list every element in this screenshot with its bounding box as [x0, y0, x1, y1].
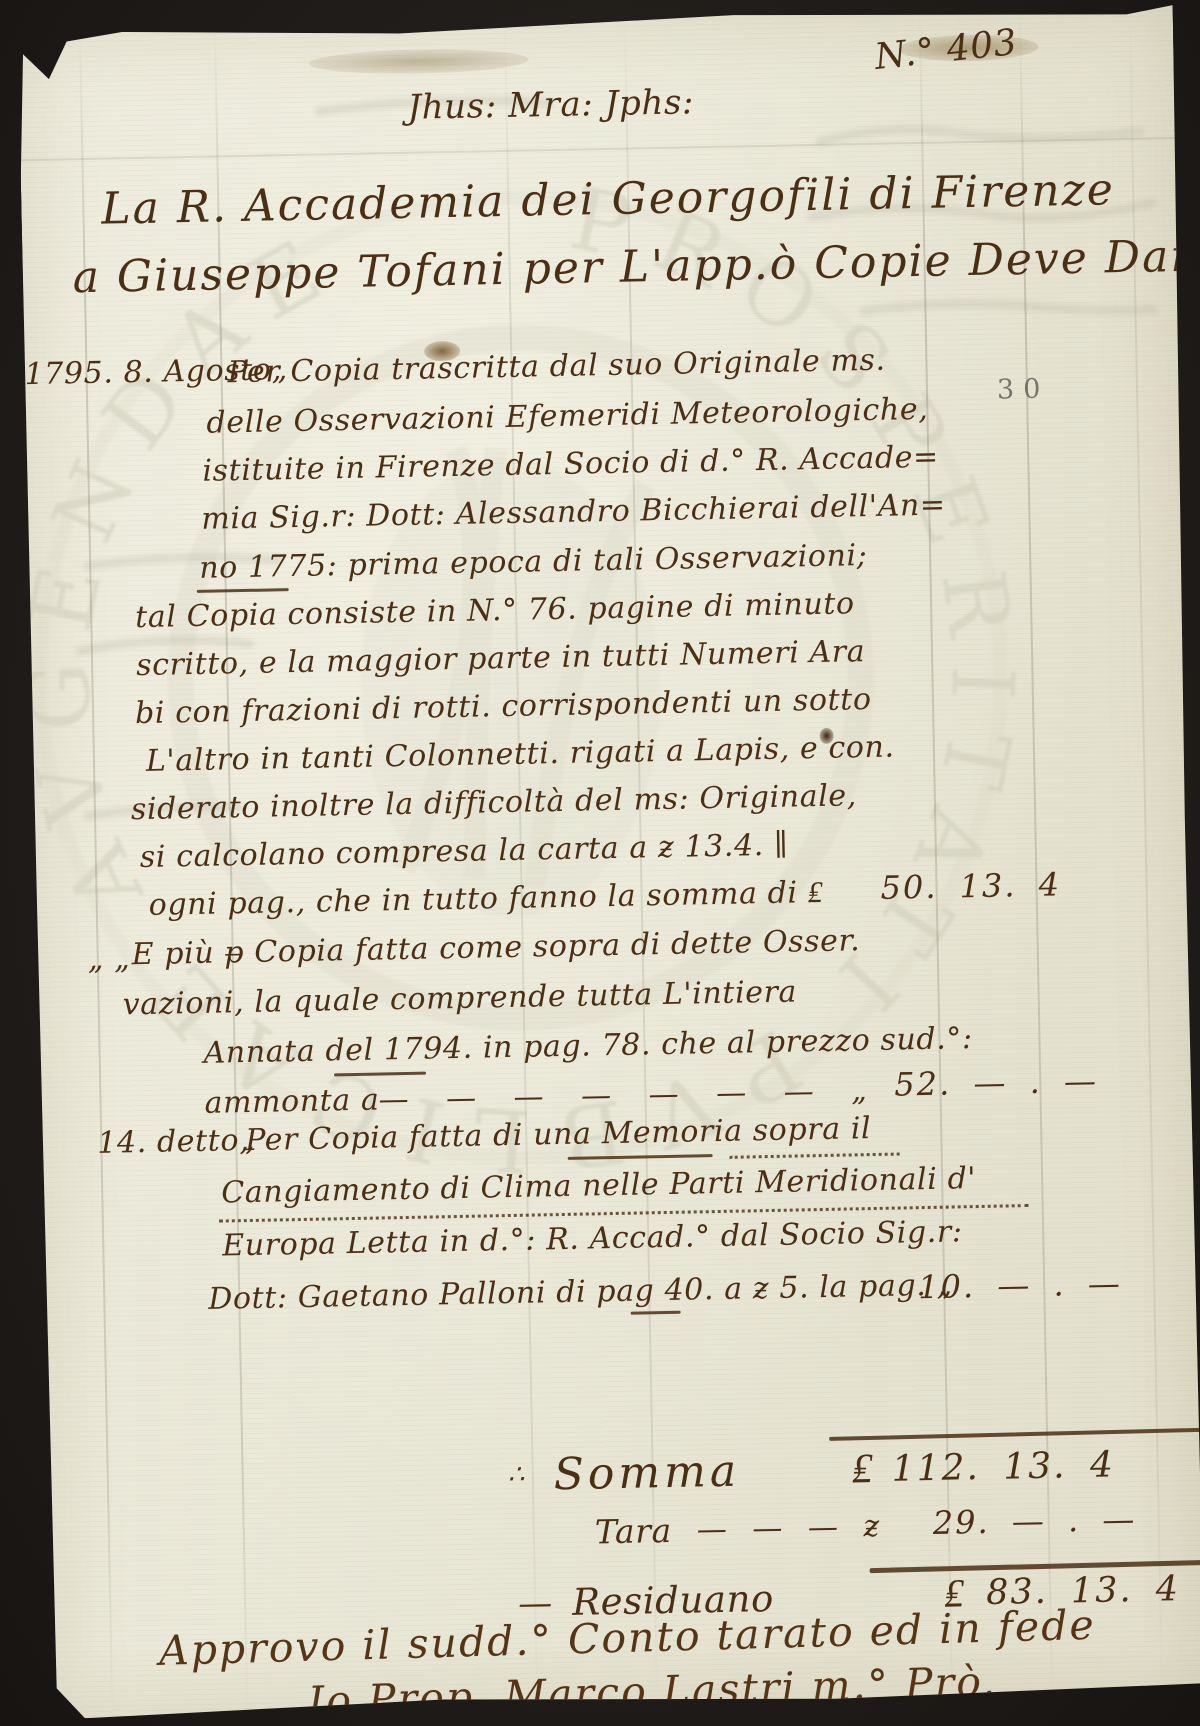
entry2-line4: ammonta a — [204, 1083, 380, 1121]
archive-stamp-number: 30 — [997, 374, 1050, 406]
tara-value: 29. — . — — [932, 1500, 1136, 1542]
somma-value: 112. 13. 4 — [891, 1444, 1115, 1489]
somma-prefix: ∴ — [507, 1460, 525, 1490]
entry2-amount: 52. — . — — [894, 1062, 1098, 1104]
somma-currency: ₤ — [851, 1443, 874, 1493]
document-page: PROSPERITATI PVBLICAE AVGENDAE — [18, 5, 1200, 1719]
dotted-underline-sopra-il — [729, 1135, 899, 1159]
tara-label: Tara — [594, 1511, 672, 1551]
scanned-document: PROSPERITATI PVBLICAE AVGENDAE — [0, 0, 1200, 1726]
entry3-margin-date: 14. detto„ — [97, 1123, 256, 1161]
tara-dashes: — — — ƶ — [697, 1509, 888, 1548]
entry3-amount: 10. — . — — [918, 1264, 1122, 1306]
entry1-amount: 50. 13. 4 — [880, 865, 1061, 906]
somma-label: Somma — [553, 1446, 740, 1501]
entry2-margin-ditto: „ „ — [87, 941, 130, 977]
invocation: Jhus: Mra: Jphs: — [407, 82, 694, 127]
